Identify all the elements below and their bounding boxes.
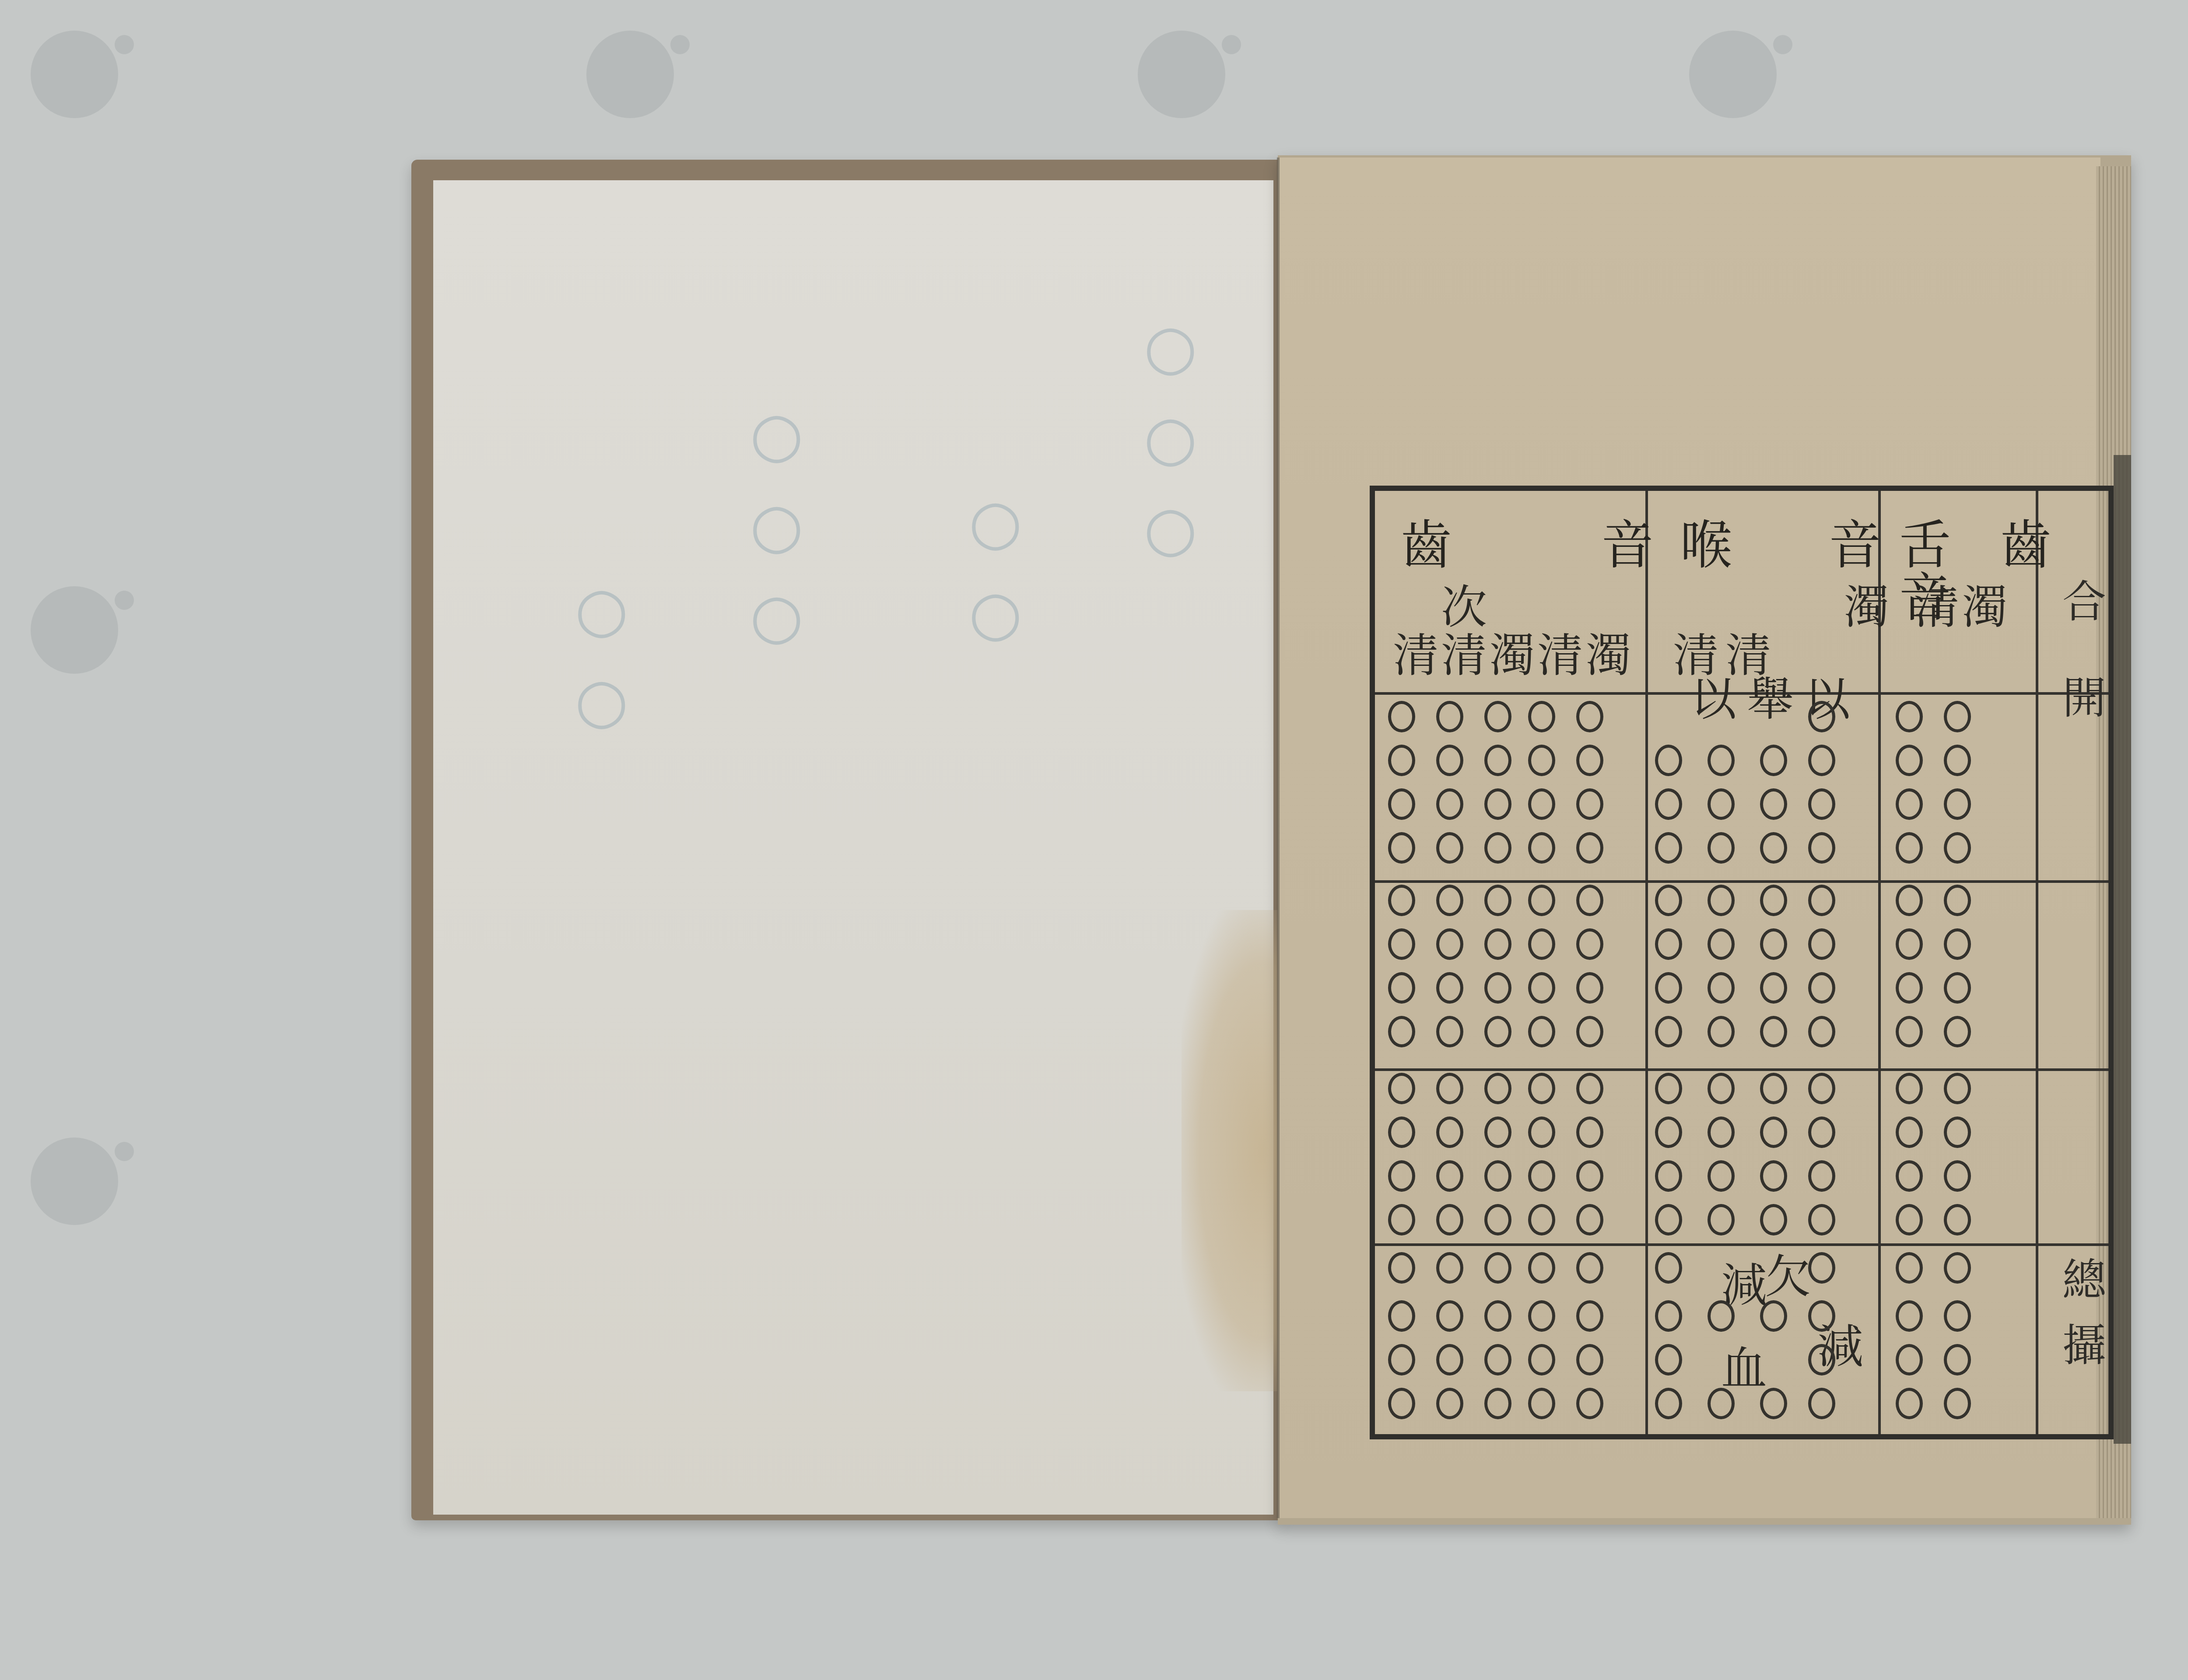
row-divider [1375, 880, 2108, 883]
circle-mark [1808, 972, 1835, 1004]
circle-mark [1655, 1016, 1682, 1047]
circle-mark [1708, 788, 1735, 820]
circle-mark [1760, 972, 1787, 1004]
circle-mark [1436, 1252, 1463, 1284]
circle-mark [1528, 928, 1555, 960]
circle-mark [1388, 701, 1415, 732]
circle-mark [1528, 885, 1555, 916]
circle-mark [1436, 1300, 1463, 1332]
circle-mark [1760, 1073, 1787, 1104]
circle-mark [1896, 972, 1923, 1004]
circle-mark [1436, 701, 1463, 732]
watermark-logo [13, 13, 118, 118]
circle-mark [1484, 1252, 1511, 1284]
circle-mark [1896, 1252, 1923, 1284]
circle-mark [1708, 928, 1735, 960]
circle-mark [1576, 832, 1603, 864]
circle-mark [1388, 1160, 1415, 1192]
circle-mark [1528, 1073, 1555, 1104]
row-divider [1375, 1068, 2108, 1071]
circle-mark [1388, 972, 1415, 1004]
circle-mark [1436, 1116, 1463, 1148]
circle-mark [1484, 1016, 1511, 1047]
circle-mark [1808, 885, 1835, 916]
circle-mark [1944, 832, 1971, 864]
watermark-logo [1120, 13, 1225, 118]
circle-mark [1896, 1388, 1923, 1419]
circle-mark [1388, 788, 1415, 820]
circle-mark [1944, 885, 1971, 916]
row-label: 舉 [1734, 675, 1800, 721]
circle-mark [1760, 1116, 1787, 1148]
header-label: 齒 [1384, 517, 1459, 570]
circle-mark [1944, 1116, 1971, 1148]
circle-mark [1655, 1300, 1682, 1332]
circle-mark [1655, 1160, 1682, 1192]
column-divider [1645, 491, 1648, 1434]
circle-mark [1388, 1252, 1415, 1284]
circle-mark [1655, 1073, 1682, 1104]
circle-mark [1436, 788, 1463, 820]
circle-mark [1484, 1160, 1511, 1192]
circle-mark [1528, 972, 1555, 1004]
circle-mark [1484, 1116, 1511, 1148]
circle-mark [1388, 928, 1415, 960]
watermark-logo [13, 569, 118, 674]
circle-mark [1760, 832, 1787, 864]
circle-mark [1896, 1016, 1923, 1047]
circle-mark [1528, 701, 1555, 732]
circle-mark [1576, 1116, 1603, 1148]
circle-mark [1528, 1388, 1555, 1419]
left-fly-leaf: ○ ○ ○ ○ ○ ○ ○ ○ ○ ○ [433, 180, 1273, 1515]
row-label: 以 [1677, 675, 1743, 721]
circle-mark [1944, 972, 1971, 1004]
circle-mark [1708, 1160, 1735, 1192]
circle-mark [1896, 832, 1923, 864]
circle-mark [1484, 745, 1511, 776]
circle-mark [1760, 788, 1787, 820]
side-label: 總 [2049, 1256, 2112, 1300]
water-stain [1182, 910, 1282, 1391]
circle-mark [1944, 1073, 1971, 1104]
circle-mark [1436, 972, 1463, 1004]
sub-header: 濁 [1572, 631, 1638, 677]
circle-mark [1576, 885, 1603, 916]
circle-mark [1576, 1344, 1603, 1375]
circle-mark [1896, 745, 1923, 776]
circle-mark [1576, 1016, 1603, 1047]
circle-mark [1576, 1204, 1603, 1235]
side-label: 開 [2049, 675, 2112, 718]
circle-mark [1576, 1388, 1603, 1419]
header-label: 喉 [1664, 517, 1739, 570]
circle-mark [1944, 1204, 1971, 1235]
circle-mark [1576, 928, 1603, 960]
circle-mark [1528, 1204, 1555, 1235]
circle-mark [1388, 885, 1415, 916]
circle-mark [1760, 1204, 1787, 1235]
circle-mark [1944, 1388, 1971, 1419]
circle-mark [1528, 1344, 1555, 1375]
circle-mark [1896, 928, 1923, 960]
circle-mark [1576, 701, 1603, 732]
circle-mark [1808, 745, 1835, 776]
circle-mark [1808, 1300, 1835, 1332]
circle-mark [1944, 1252, 1971, 1284]
circle-mark [1708, 1300, 1735, 1332]
printed-border-dark [2114, 455, 2131, 1444]
circle-mark [1576, 745, 1603, 776]
circle-mark [1708, 1116, 1735, 1148]
circle-mark [1436, 1016, 1463, 1047]
circle-mark [1655, 972, 1682, 1004]
circle-mark [1528, 1300, 1555, 1332]
circle-mark [1436, 1344, 1463, 1375]
circle-mark [1708, 832, 1735, 864]
circle-mark [1760, 745, 1787, 776]
circle-mark [1388, 745, 1415, 776]
sub-header: 濁 [1830, 583, 1896, 629]
circle-mark [1576, 1300, 1603, 1332]
circle-mark [1760, 928, 1787, 960]
circle-mark [1944, 1300, 1971, 1332]
circle-mark [1484, 788, 1511, 820]
circle-mark [1436, 928, 1463, 960]
circle-mark [1708, 745, 1735, 776]
circle-mark [1896, 1160, 1923, 1192]
circle-mark [1808, 1252, 1835, 1284]
circle-mark [1944, 928, 1971, 960]
header-label: 音 [1585, 517, 1660, 570]
circle-mark [1808, 1073, 1835, 1104]
circle-mark [1944, 701, 1971, 732]
circle-mark [1655, 1116, 1682, 1148]
circle-mark [1760, 885, 1787, 916]
circle-mark [1708, 1073, 1735, 1104]
circle-mark [1896, 1116, 1923, 1148]
circle-mark [1944, 1016, 1971, 1047]
circle-mark [1808, 1016, 1835, 1047]
circle-mark [1436, 1204, 1463, 1235]
circle-mark [1808, 1160, 1835, 1192]
circle-mark [1896, 1344, 1923, 1375]
circle-mark [1484, 1073, 1511, 1104]
circle-mark [1808, 701, 1835, 732]
note: 次 [1427, 583, 1494, 629]
circle-mark [1576, 972, 1603, 1004]
circle-mark [1944, 745, 1971, 776]
circle-mark [1484, 972, 1511, 1004]
watermark-logo [13, 1120, 118, 1225]
sub-header: 清 [1712, 631, 1778, 677]
sub-header: 濁 [1948, 583, 2014, 629]
circle-mark [1896, 788, 1923, 820]
circle-mark [1655, 745, 1682, 776]
circle-mark [1528, 788, 1555, 820]
circle-mark [1896, 1073, 1923, 1104]
circle-mark [1896, 1204, 1923, 1235]
circle-mark [1484, 928, 1511, 960]
rhyme-table: 齒 音 喉 音 舌音 齒 次 清 清 濁 清 濁 清 清 濁 清 濁 以 舉 以… [1370, 486, 2114, 1439]
circle-mark [1944, 1344, 1971, 1375]
circle-mark [1655, 928, 1682, 960]
side-label: 合 [2049, 578, 2112, 622]
circle-mark [1388, 1073, 1415, 1104]
circle-mark [1708, 885, 1735, 916]
circle-mark [1484, 1388, 1511, 1419]
circle-mark [1484, 1344, 1511, 1375]
circle-mark [1808, 1388, 1835, 1419]
circle-mark [1896, 1300, 1923, 1332]
circle-mark [1484, 832, 1511, 864]
header-label: 齒 [1983, 517, 2058, 570]
circle-mark [1528, 1252, 1555, 1284]
circle-mark [1808, 788, 1835, 820]
circle-mark [1760, 1160, 1787, 1192]
circle-mark [1760, 1016, 1787, 1047]
circle-mark [1528, 832, 1555, 864]
circle-mark [1484, 1204, 1511, 1235]
circle-mark [1576, 788, 1603, 820]
circle-mark [1708, 972, 1735, 1004]
circle-mark [1528, 745, 1555, 776]
circle-mark [1436, 745, 1463, 776]
circle-mark [1944, 1160, 1971, 1192]
side-label: 攝 [2049, 1322, 2112, 1366]
circle-mark [1808, 928, 1835, 960]
circle-mark [1708, 1388, 1735, 1419]
circle-mark [1896, 701, 1923, 732]
circle-mark [1528, 1160, 1555, 1192]
circle-mark [1576, 1073, 1603, 1104]
note: 血 [1708, 1344, 1774, 1390]
row-divider [1375, 1243, 2108, 1246]
circle-mark [1760, 1300, 1787, 1332]
circle-mark [1388, 832, 1415, 864]
circle-mark [1808, 1204, 1835, 1235]
circle-mark [1528, 1116, 1555, 1148]
circle-mark [1528, 1016, 1555, 1047]
circle-mark [1655, 885, 1682, 916]
circle-mark [1896, 885, 1923, 916]
circle-mark [1808, 1344, 1835, 1375]
circle-mark [1484, 701, 1511, 732]
circle-mark [1708, 1016, 1735, 1047]
circle-mark [1655, 788, 1682, 820]
circle-mark [1808, 1116, 1835, 1148]
circle-mark [1576, 1252, 1603, 1284]
circle-mark [1388, 1300, 1415, 1332]
circle-mark [1760, 1388, 1787, 1419]
circle-mark [1436, 1073, 1463, 1104]
circle-mark [1576, 1160, 1603, 1192]
circle-mark [1388, 1344, 1415, 1375]
circle-mark [1708, 1204, 1735, 1235]
circle-mark [1436, 832, 1463, 864]
circle-mark [1388, 1116, 1415, 1148]
circle-mark [1655, 1388, 1682, 1419]
circle-mark [1655, 1204, 1682, 1235]
circle-mark [1388, 1204, 1415, 1235]
circle-mark [1436, 1160, 1463, 1192]
note: 減 [1708, 1261, 1774, 1307]
gutter [1277, 157, 1280, 1518]
circle-mark [1484, 885, 1511, 916]
column-divider [2036, 491, 2038, 1434]
circle-mark [1808, 832, 1835, 864]
circle-mark [1655, 832, 1682, 864]
circle-mark [1436, 1388, 1463, 1419]
circle-mark [1388, 1016, 1415, 1047]
circle-mark [1944, 788, 1971, 820]
column-divider [1878, 491, 1881, 1434]
circle-mark [1484, 1300, 1511, 1332]
watermark-logo [1672, 13, 1777, 118]
circle-mark [1655, 1344, 1682, 1375]
circle-mark [1388, 1388, 1415, 1419]
watermark-logo [569, 13, 674, 118]
circle-mark [1655, 1252, 1682, 1284]
header-label: 音 [1813, 517, 1888, 570]
circle-mark [1436, 885, 1463, 916]
